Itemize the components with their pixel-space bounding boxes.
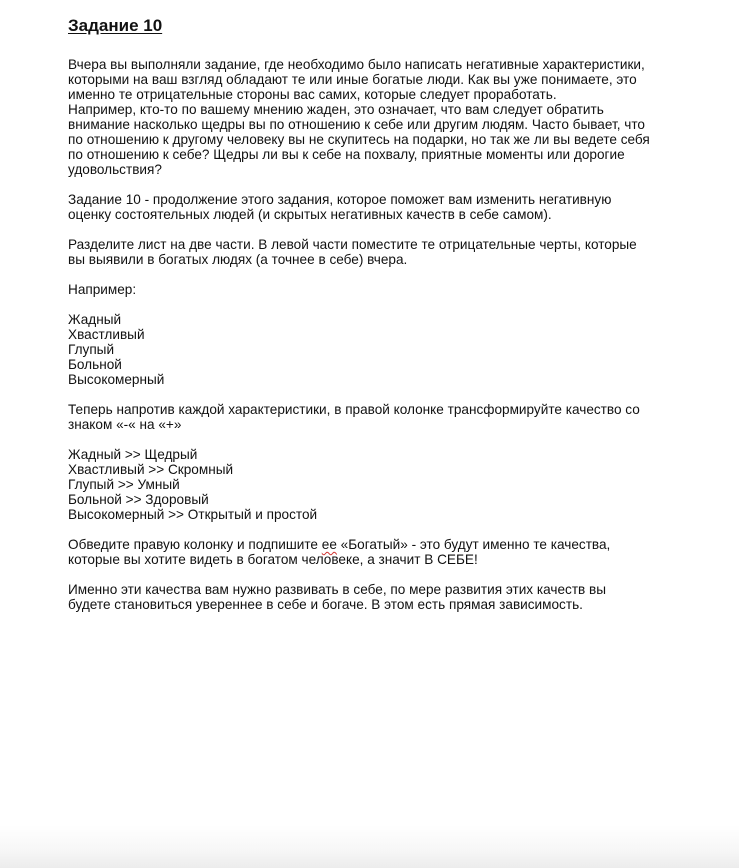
- text-line: именно те отрицательные стороны вас сами…: [68, 87, 708, 102]
- text-line: будете становиться увереннее в себе и бо…: [68, 597, 708, 612]
- transform-paragraph: Теперь напротив каждой характеристики, в…: [68, 402, 708, 432]
- list-item: Жадный >> Щедрый: [68, 447, 708, 462]
- continuation-paragraph: Задание 10 - продолжение этого задания, …: [68, 192, 708, 222]
- circle-paragraph: Обведите правую колонку и подпишите ее «…: [68, 537, 708, 567]
- list-item: Больной: [68, 357, 708, 372]
- text-line: Теперь напротив каждой характеристики, в…: [68, 402, 708, 417]
- list-item: Хвастливый: [68, 327, 708, 342]
- text-line: Разделите лист на две части. В левой час…: [68, 237, 708, 252]
- text-line: удовольствия?: [68, 162, 708, 177]
- list-item: Хвастливый >> Скромный: [68, 462, 708, 477]
- list-item: Глупый: [68, 342, 708, 357]
- text-line: которые вы хотите видеть в богатом челов…: [68, 552, 708, 567]
- text-line: Например, кто-то по вашему мнению жаден,…: [68, 102, 708, 117]
- divide-paragraph: Разделите лист на две части. В левой час…: [68, 237, 708, 267]
- text-fragment: Обведите правую колонку и подпишите: [68, 537, 322, 552]
- list-item: Глупый >> Умный: [68, 477, 708, 492]
- text-line: по отношению к другому человеку вы не ск…: [68, 132, 708, 147]
- document-title: Задание 10: [68, 14, 708, 38]
- text-line: по отношению к себе? Щедры ли вы к себе …: [68, 147, 708, 162]
- intro-paragraph: Вчера вы выполняли задание, где необходи…: [68, 57, 708, 177]
- text-line: внимание насколько щедры вы по отношению…: [68, 117, 708, 132]
- text-line: Именно эти качества вам нужно развивать …: [68, 582, 708, 597]
- text-line: которыми на ваш взгляд обладают те или и…: [68, 72, 708, 87]
- misspelled-word[interactable]: ее: [322, 537, 337, 552]
- text-line: вы выявили в богатых людях (а точнее в с…: [68, 252, 708, 267]
- negative-traits-list: Жадный Хвастливый Глупый Больной Высоком…: [68, 312, 708, 387]
- document-page: Задание 10 Вчера вы выполняли задание, г…: [68, 14, 708, 627]
- text-line: Обведите правую колонку и подпишите ее «…: [68, 537, 708, 552]
- text-line: знаком «-« на «+»: [68, 417, 708, 432]
- list-item: Высокомерный: [68, 372, 708, 387]
- text-line: Задание 10 - продолжение этого задания, …: [68, 192, 708, 207]
- example-label: Например:: [68, 282, 708, 297]
- list-item: Высокомерный >> Открытый и простой: [68, 507, 708, 522]
- text-fragment: «Богатый» - это будут именно те качества…: [337, 537, 610, 552]
- list-item: Жадный: [68, 312, 708, 327]
- transformations-list: Жадный >> Щедрый Хвастливый >> Скромный …: [68, 447, 708, 522]
- closing-paragraph: Именно эти качества вам нужно развивать …: [68, 582, 708, 612]
- text-line: оценку состоятельных людей (и скрытых не…: [68, 207, 708, 222]
- text-line: Вчера вы выполняли задание, где необходи…: [68, 57, 708, 72]
- list-item: Больной >> Здоровый: [68, 492, 708, 507]
